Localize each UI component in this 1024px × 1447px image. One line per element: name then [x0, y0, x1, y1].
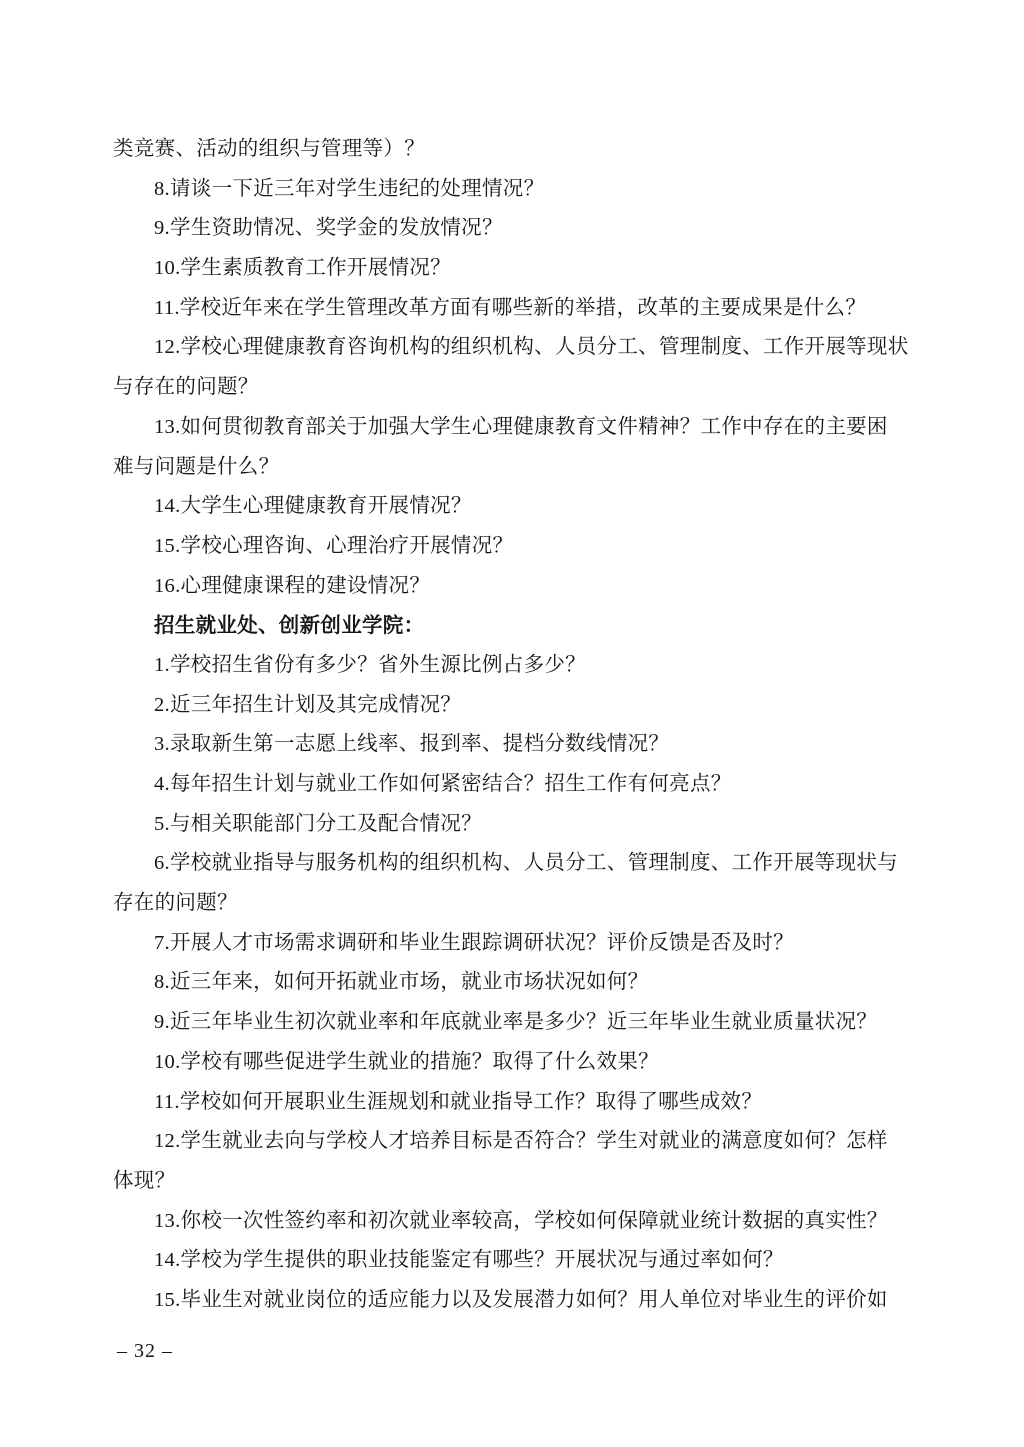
- text-line: 15.学校心理咨询、心理治疗开展情况？: [113, 527, 912, 567]
- text-line: 6.学校就业指导与服务机构的组织机构、人员分工、管理制度、工作开展等现状与: [113, 844, 912, 884]
- text-line: 3.录取新生第一志愿上线率、报到率、提档分数线情况？: [113, 725, 912, 765]
- text-line: 12.学校心理健康教育咨询机构的组织机构、人员分工、管理制度、工作开展等现状: [113, 328, 912, 368]
- page-number: – 32 –: [117, 1337, 173, 1365]
- text-line: 体现？: [113, 1162, 912, 1202]
- text-line: 9.学生资助情况、奖学金的发放情况？: [113, 209, 912, 249]
- section-heading: 招生就业处、创新创业学院：: [113, 606, 912, 646]
- text-line: 难与问题是什么？: [113, 448, 912, 488]
- text-line: 8.请谈一下近三年对学生违纪的处理情况？: [113, 170, 912, 210]
- text-line: 8.近三年来，如何开拓就业市场，就业市场状况如何？: [113, 963, 912, 1003]
- text-line: 9.近三年毕业生初次就业率和年底就业率是多少？近三年毕业生就业质量状况？: [113, 1003, 912, 1043]
- text-line: 13.你校一次性签约率和初次就业率较高，学校如何保障就业统计数据的真实性？: [113, 1202, 912, 1242]
- text-line: 13.如何贯彻教育部关于加强大学生心理健康教育文件精神？工作中存在的主要困: [113, 408, 912, 448]
- text-line: 与存在的问题？: [113, 368, 912, 408]
- text-line: 11.学校如何开展职业生涯规划和就业指导工作？取得了哪些成效？: [113, 1083, 912, 1123]
- text-line: 7.开展人才市场需求调研和毕业生跟踪调研状况？评价反馈是否及时？: [113, 924, 912, 964]
- text-line: 14.大学生心理健康教育开展情况？: [113, 487, 912, 527]
- text-line: 15.毕业生对就业岗位的适应能力以及发展潜力如何？用人单位对毕业生的评价如: [113, 1281, 912, 1321]
- text-line: 1.学校招生省份有多少？省外生源比例占多少？: [113, 646, 912, 686]
- text-line: 类竞赛、活动的组织与管理等）？: [113, 130, 912, 170]
- document-body: 类竞赛、活动的组织与管理等）？8.请谈一下近三年对学生违纪的处理情况？9.学生资…: [113, 130, 912, 1321]
- text-line: 10.学生素质教育工作开展情况？: [113, 249, 912, 289]
- text-line: 2.近三年招生计划及其完成情况？: [113, 686, 912, 726]
- text-line: 11.学校近年来在学生管理改革方面有哪些新的举措，改革的主要成果是什么？: [113, 289, 912, 329]
- text-line: 16.心理健康课程的建设情况？: [113, 567, 912, 607]
- text-line: 4.每年招生计划与就业工作如何紧密结合？招生工作有何亮点？: [113, 765, 912, 805]
- document-page: 类竞赛、活动的组织与管理等）？8.请谈一下近三年对学生违纪的处理情况？9.学生资…: [0, 0, 1024, 1447]
- text-line: 5.与相关职能部门分工及配合情况？: [113, 805, 912, 845]
- text-line: 10.学校有哪些促进学生就业的措施？取得了什么效果？: [113, 1043, 912, 1083]
- text-line: 12.学生就业去向与学校人才培养目标是否符合？学生对就业的满意度如何？怎样: [113, 1122, 912, 1162]
- text-line: 存在的问题？: [113, 884, 912, 924]
- text-line: 14.学校为学生提供的职业技能鉴定有哪些？开展状况与通过率如何？: [113, 1241, 912, 1281]
